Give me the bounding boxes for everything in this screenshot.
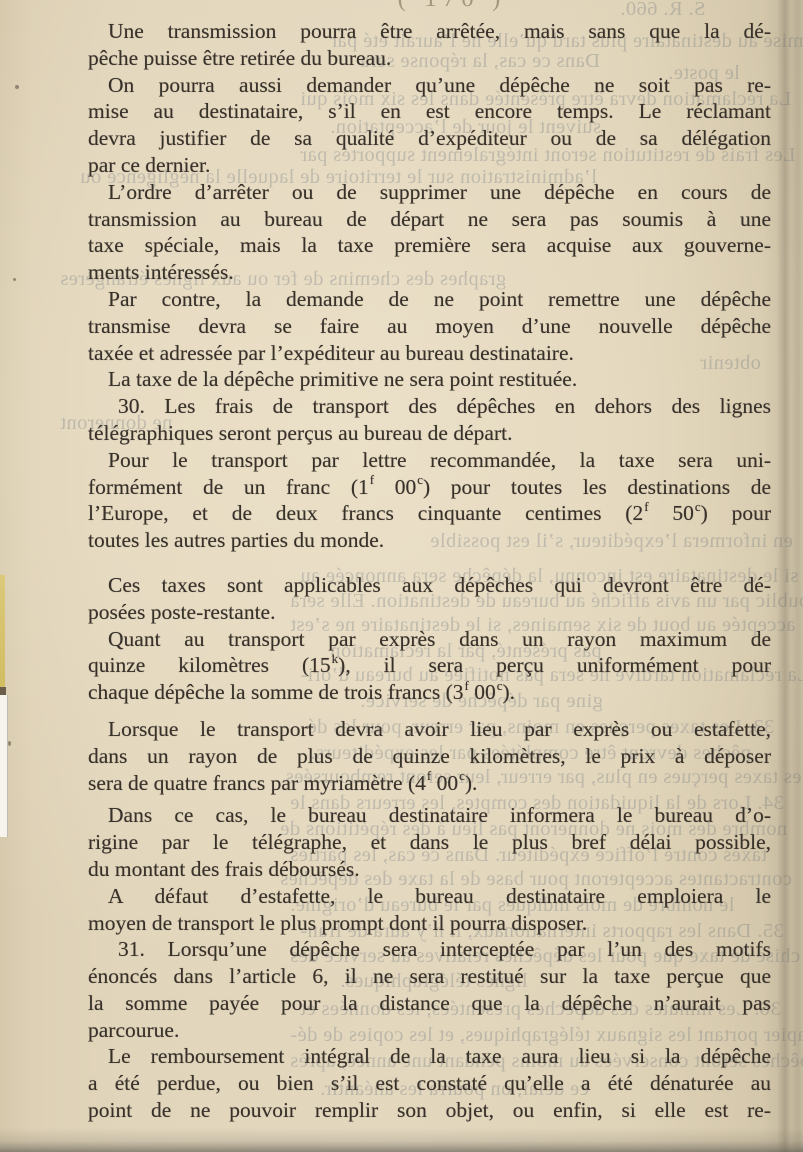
text-line: ments intéressés. (88, 259, 771, 286)
text-line: parcourue. (88, 1017, 771, 1044)
text-line: On pourra aussi demander qu’une dépêche … (88, 72, 771, 99)
page-number: ( 170 ) (398, 0, 507, 13)
text-line: formément de un franc (1f 00c) pour tout… (88, 474, 771, 501)
paragraph: Quant au transport par exprès dans un ra… (88, 626, 771, 706)
text-line: transmise devra se faire au moyen d’une … (88, 313, 771, 340)
text-line: posées poste-restante. (88, 599, 771, 626)
paragraph: 31. Lorsqu’une dépêche sera interceptée … (88, 936, 771, 1043)
paragraph: Ces taxes sont applicables aux dépêches … (88, 572, 771, 626)
text-line: télégraphiques seront perçus au bureau d… (88, 420, 771, 447)
paragraph: On pourra aussi demander qu’une dépêche … (88, 72, 771, 179)
text-line: taxe spéciale, mais la taxe première ser… (88, 232, 771, 259)
text-line: devra justifier de sa qualité d’expédite… (88, 125, 771, 152)
text-line: mise au destinataire, s’il en est encore… (88, 98, 771, 125)
text-line: transmission au bureau de départ ne sera… (88, 206, 771, 233)
paragraph: L’ordre d’arrêter ou de supprimer une dé… (88, 179, 771, 286)
page-edge-yellow-strip (0, 575, 5, 687)
text-line: a été perdue, ou bien s’il est constaté … (88, 1070, 771, 1097)
book-page: S. R. 660.mise au destinataire plus tard… (0, 0, 803, 1152)
paragraph: Le remboursement intégral de la taxe aur… (88, 1043, 771, 1123)
ink-speck (15, 85, 19, 89)
text-line: Ces taxes sont applicables aux dépêches … (88, 572, 771, 599)
text-line: La taxe de la dépêche primitive ne sera … (88, 366, 771, 393)
text-line: l’Europe, et de deux francs cinquante ce… (88, 500, 771, 527)
paragraph: Lorsque le transport devra avoir lieu pa… (88, 716, 771, 796)
text-line: taxée et adressée par l’expéditeur au bu… (88, 340, 771, 367)
page-edge-white-strip (0, 695, 8, 837)
text-line: Lorsque le transport devra avoir lieu pa… (88, 716, 771, 743)
ink-speck (13, 278, 16, 281)
text-line: chaque dépêche la somme de trois francs … (88, 679, 771, 706)
text-line: Par contre, la demande de ne point remet… (88, 286, 771, 313)
text-line: Le remboursement intégral de la taxe aur… (88, 1043, 771, 1070)
paragraph: Dans ce cas, le bureau destinataire info… (88, 802, 771, 882)
text-block: Une transmission pourra être arrêtée, ma… (88, 18, 771, 1124)
paragraph: Pour le transport par lettre recommandée… (88, 447, 771, 554)
text-line: Une transmission pourra être arrêtée, ma… (88, 18, 771, 45)
text-line: toutes les autres parties du monde. (88, 527, 771, 554)
text-line: sera de quatre francs par myriamètre (4f… (88, 770, 771, 797)
paragraph: Une transmission pourra être arrêtée, ma… (88, 18, 771, 72)
text-line: A défaut d’estafette, le bureau destinat… (88, 883, 771, 910)
paragraph: Par contre, la demande de ne point remet… (88, 286, 771, 366)
text-line: L’ordre d’arrêter ou de supprimer une dé… (88, 179, 771, 206)
ink-speck (8, 741, 11, 746)
text-line: par ce dernier. (88, 152, 771, 179)
text-line: dans un rayon de plus de quinze kilomètr… (88, 743, 771, 770)
paragraph: La taxe de la dépêche primitive ne sera … (88, 366, 771, 393)
text-line: quinze kilomètres (15k), il sera perçu u… (88, 652, 771, 679)
text-line: 31. Lorsqu’une dépêche sera interceptée … (88, 936, 771, 963)
text-line: énoncés dans l’article 6, il ne sera res… (88, 963, 771, 990)
text-line: 30. Les frais de transport des dépêches … (88, 393, 771, 420)
text-line: Pour le transport par lettre recommandée… (88, 447, 771, 474)
text-line: moyen de transport le plus prompt dont i… (88, 910, 771, 937)
text-line: point de ne pouvoir remplir son objet, o… (88, 1097, 771, 1124)
text-line: pêche puisse être retirée du bureau. (88, 45, 771, 72)
text-line: Dans ce cas, le bureau destinataire info… (88, 802, 771, 829)
text-line: rigine par le télégraphe, et dans le plu… (88, 829, 771, 856)
text-line: la somme payée pour la distance que la d… (88, 990, 771, 1017)
text-line: Quant au transport par exprès dans un ra… (88, 626, 771, 653)
paragraph: 30. Les frais de transport des dépêches … (88, 393, 771, 447)
paragraph: A défaut d’estafette, le bureau destinat… (88, 883, 771, 937)
text-line: du montant des frais déboursés. (88, 856, 771, 883)
